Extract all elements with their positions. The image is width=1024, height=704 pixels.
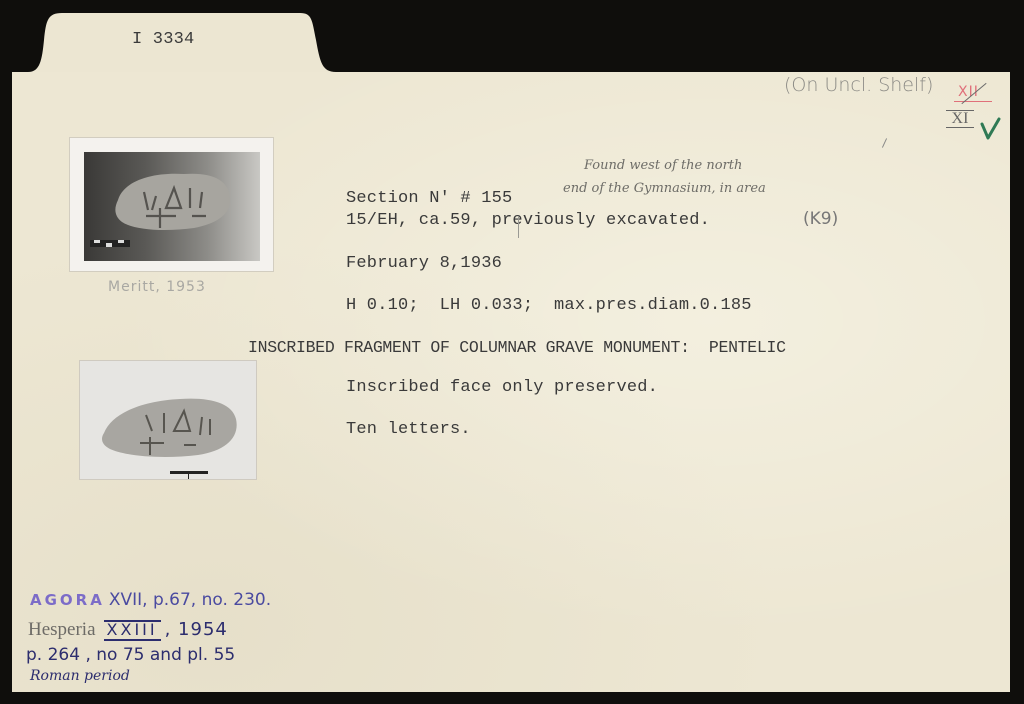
shelf-number: XI [946, 110, 974, 128]
struck-shelf-number: XII [958, 83, 988, 105]
date: February 8,1936 [346, 254, 502, 273]
found-location-line2: end of the Gymnasium, in area [563, 181, 766, 196]
photo-credit: Meritt, 1953 [108, 279, 206, 295]
grid-reference: (K9) [803, 209, 838, 229]
inscribed-fragment-image [80, 361, 256, 479]
inscribed-fragment-image [84, 152, 260, 261]
check-mark-icon [980, 116, 1002, 142]
agora-reference: AGORA XVII, p.67, no. 230. [30, 590, 271, 610]
agora-stamp: AGORA [30, 591, 105, 609]
period-note: Roman period [30, 668, 130, 684]
hesperia-reference: Hesperia XXIII , 1954 [28, 619, 228, 641]
description-letters: Ten letters. [346, 420, 471, 439]
strike-line [954, 101, 992, 102]
description-preserved: Inscribed face only preserved. [346, 378, 658, 397]
photo-upper [84, 152, 260, 261]
page-reference: p. 264 , no 75 and pl. 55 [26, 645, 235, 665]
dimensions: H 0.10; LH 0.033; max.pres.diam.0.185 [346, 296, 752, 315]
pencil-bracket [518, 216, 519, 238]
photo-lower [80, 361, 256, 479]
excavation-location: 15/EH, ca.59, previously excavated. [346, 211, 710, 230]
found-location-line1: Found west of the north [584, 158, 742, 173]
hesperia-volume: XXIII [104, 620, 161, 641]
object-title: INSCRIBED FRAGMENT OF COLUMNAR GRAVE MON… [248, 338, 786, 357]
section-number: Section N' # 155 [346, 189, 512, 208]
shelf-note: (On Uncl. Shelf) [784, 74, 933, 96]
catalog-number: I 3334 [132, 30, 194, 49]
